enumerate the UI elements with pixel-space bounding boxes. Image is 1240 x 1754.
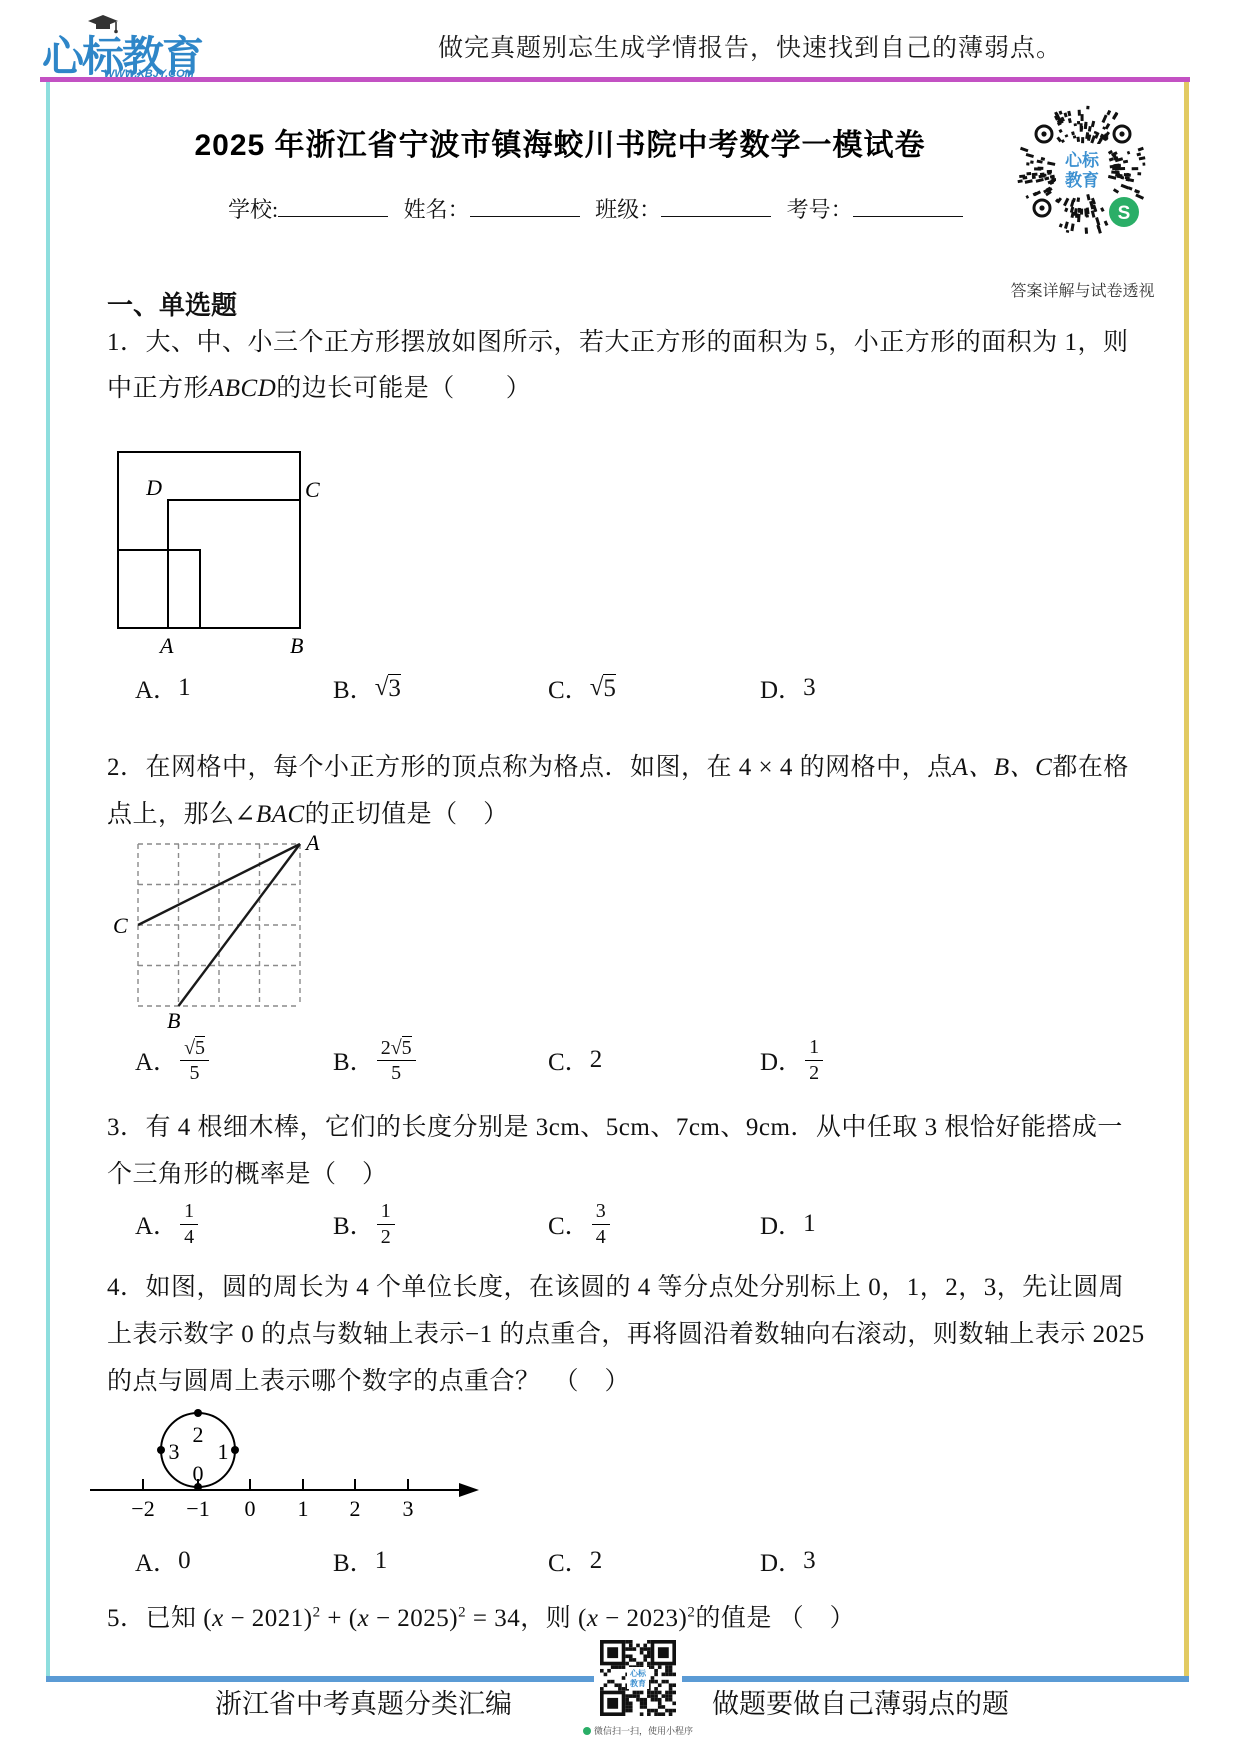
circle-label-bottom: 0 [193,1461,204,1486]
q3-line1: 3．有 4 根细木棒，它们的长度分别是 3cm、5cm、7cm、9cm．从中任取… [107,1107,1123,1143]
q1-option-d: D．3 [760,670,816,706]
qr-center-text-1: 心标 [1065,150,1100,170]
q1-option-a: A．1 [135,670,333,706]
q2-line1: 2．在网格中，每个小正方形的顶点称为格点．如图，在 4 × 4 的网格中，点A、… [107,747,1129,783]
wechat-icon [583,1727,591,1735]
page-border-right [1184,82,1189,1678]
page-border-left [46,82,50,1678]
fig2-label-c: C [113,913,128,938]
fig1-label-d: D [145,475,162,500]
q1-line1: 1．大、中、小三个正方形摆放如图所示，若大正方形的面积为 5，小正方形的面积为 … [107,322,1129,358]
q2-option-b: B．2√55 [333,1036,548,1085]
circle-label-right: 1 [218,1439,229,1464]
q2-line2: 点上，那么∠BAC的正切值是（ ） [107,794,509,830]
q3-option-d: D．1 [760,1206,816,1242]
name-blank [470,194,580,217]
name-label: 姓名： [404,197,470,222]
q2-option-c: C．2 [548,1042,760,1078]
tick-label: 3 [403,1496,414,1521]
exam-paper-page: 心标教育 WWW.XBJY.COM 做完真题别忘生成学情报告，快速找到自己的薄弱… [0,0,1240,1754]
fig1-label-a: A [158,633,174,658]
q4-line2: 上表示数字 0 的点与数轴上表示−1 的点重合，再将圆沿着数轴向右滚动，则数轴上… [107,1314,1145,1350]
q4-option-c: C．2 [548,1543,760,1579]
fig2-label-a: A [304,830,320,855]
q4-circle-number-line-figure: −2 −1 0 1 2 3 2 0 3 1 [85,1398,485,1526]
q3-option-a: A．14 [135,1200,333,1248]
q4-line3: 的点与圆周上表示哪个数字的点重合？ （ ） [107,1361,630,1397]
footer-left-text: 浙江省中考真题分类汇编 [215,1682,512,1721]
exam-no-blank [853,194,963,217]
q3-option-c: C．34 [548,1200,760,1248]
paper-title: 2025 年浙江省宁波市镇海蛟川书院中考数学一模试卷 [150,120,970,164]
q3-option-b: B．12 [333,1200,548,1248]
footer-qr-center-1: 心标 [629,1668,647,1678]
q4-options: A．0 B．1 C．2 D．3 [135,1543,816,1579]
qr-mini-program-code: 心标 教育 S [1012,104,1152,244]
q2-option-d: D．12 [760,1036,825,1084]
school-blank [278,194,388,217]
qr-caption: 答案详解与试卷透视 [1000,278,1165,301]
q2-option-a: A．√55 [135,1036,333,1085]
footer-qr-code: 心标 教育 [594,1634,682,1722]
q5-formula: 5．已知 (x − 2021)2 + (x − 2025)2 = 34，则 (x… [107,1598,855,1634]
q4-option-d: D．3 [760,1543,816,1579]
fig1-label-c: C [305,477,320,502]
q1-line2: 中正方形ABCD的边长可能是（ ） [107,368,531,404]
tick-label: −1 [186,1496,209,1521]
exam-no-label: 考号： [787,197,853,222]
q1-squares-figure: D C A B [100,432,340,660]
q1-option-b: B．√3 [333,670,548,706]
tick-label: 0 [245,1496,256,1521]
wechat-badge-letter: S [1118,203,1131,224]
qr-center-text-2: 教育 [1065,170,1099,190]
tick-label: 2 [350,1496,361,1521]
q2-options: A．√55 B．2√55 C．2 D．12 [135,1032,825,1088]
tick-label: −2 [131,1496,154,1521]
class-label: 班级： [595,197,661,222]
fig2-label-b: B [167,1008,180,1033]
circle-label-left: 3 [169,1439,180,1464]
footer-qr-pattern: 心标 教育 [600,1640,676,1716]
header-slogan: 做完真题别忘生成学情报告，快速找到自己的薄弱点。 [438,28,1062,64]
q2-grid-figure: A C B [105,832,337,1030]
tick-label: 1 [298,1496,309,1521]
header-divider [40,77,1190,82]
q4-line1: 4．如图，圆的周长为 4 个单位长度，在该圆的 4 等分点处分别标上 0，1，2… [107,1267,1124,1303]
fig1-label-b: B [290,633,303,658]
q1-option-c: C．√5 [548,670,760,706]
q4-option-b: B．1 [333,1543,548,1579]
footer-qr-caption: 微信扫一扫，使用小程序 [538,1724,738,1737]
circle-label-top: 2 [193,1422,204,1447]
school-label: 学校: [228,197,278,222]
grid-lines [138,844,300,1006]
footer-right-text: 做题要做自己薄弱点的题 [712,1682,1009,1721]
student-info-line: 学校: 姓名： 班级： 考号： [228,193,973,224]
q3-options: A．14 B．12 C．34 D．1 [135,1196,816,1252]
logo: 心标教育 WWW.XBJY.COM [42,16,242,78]
class-blank [661,194,771,217]
footer-qr-center-2: 教育 [629,1678,646,1688]
q1-options: A．1 B．√3 C．√5 D．3 [135,670,816,706]
section-heading: 一、单选题 [107,285,237,322]
q4-option-a: A．0 [135,1543,333,1579]
q3-line2: 个三角形的概率是（ ） [107,1154,388,1190]
